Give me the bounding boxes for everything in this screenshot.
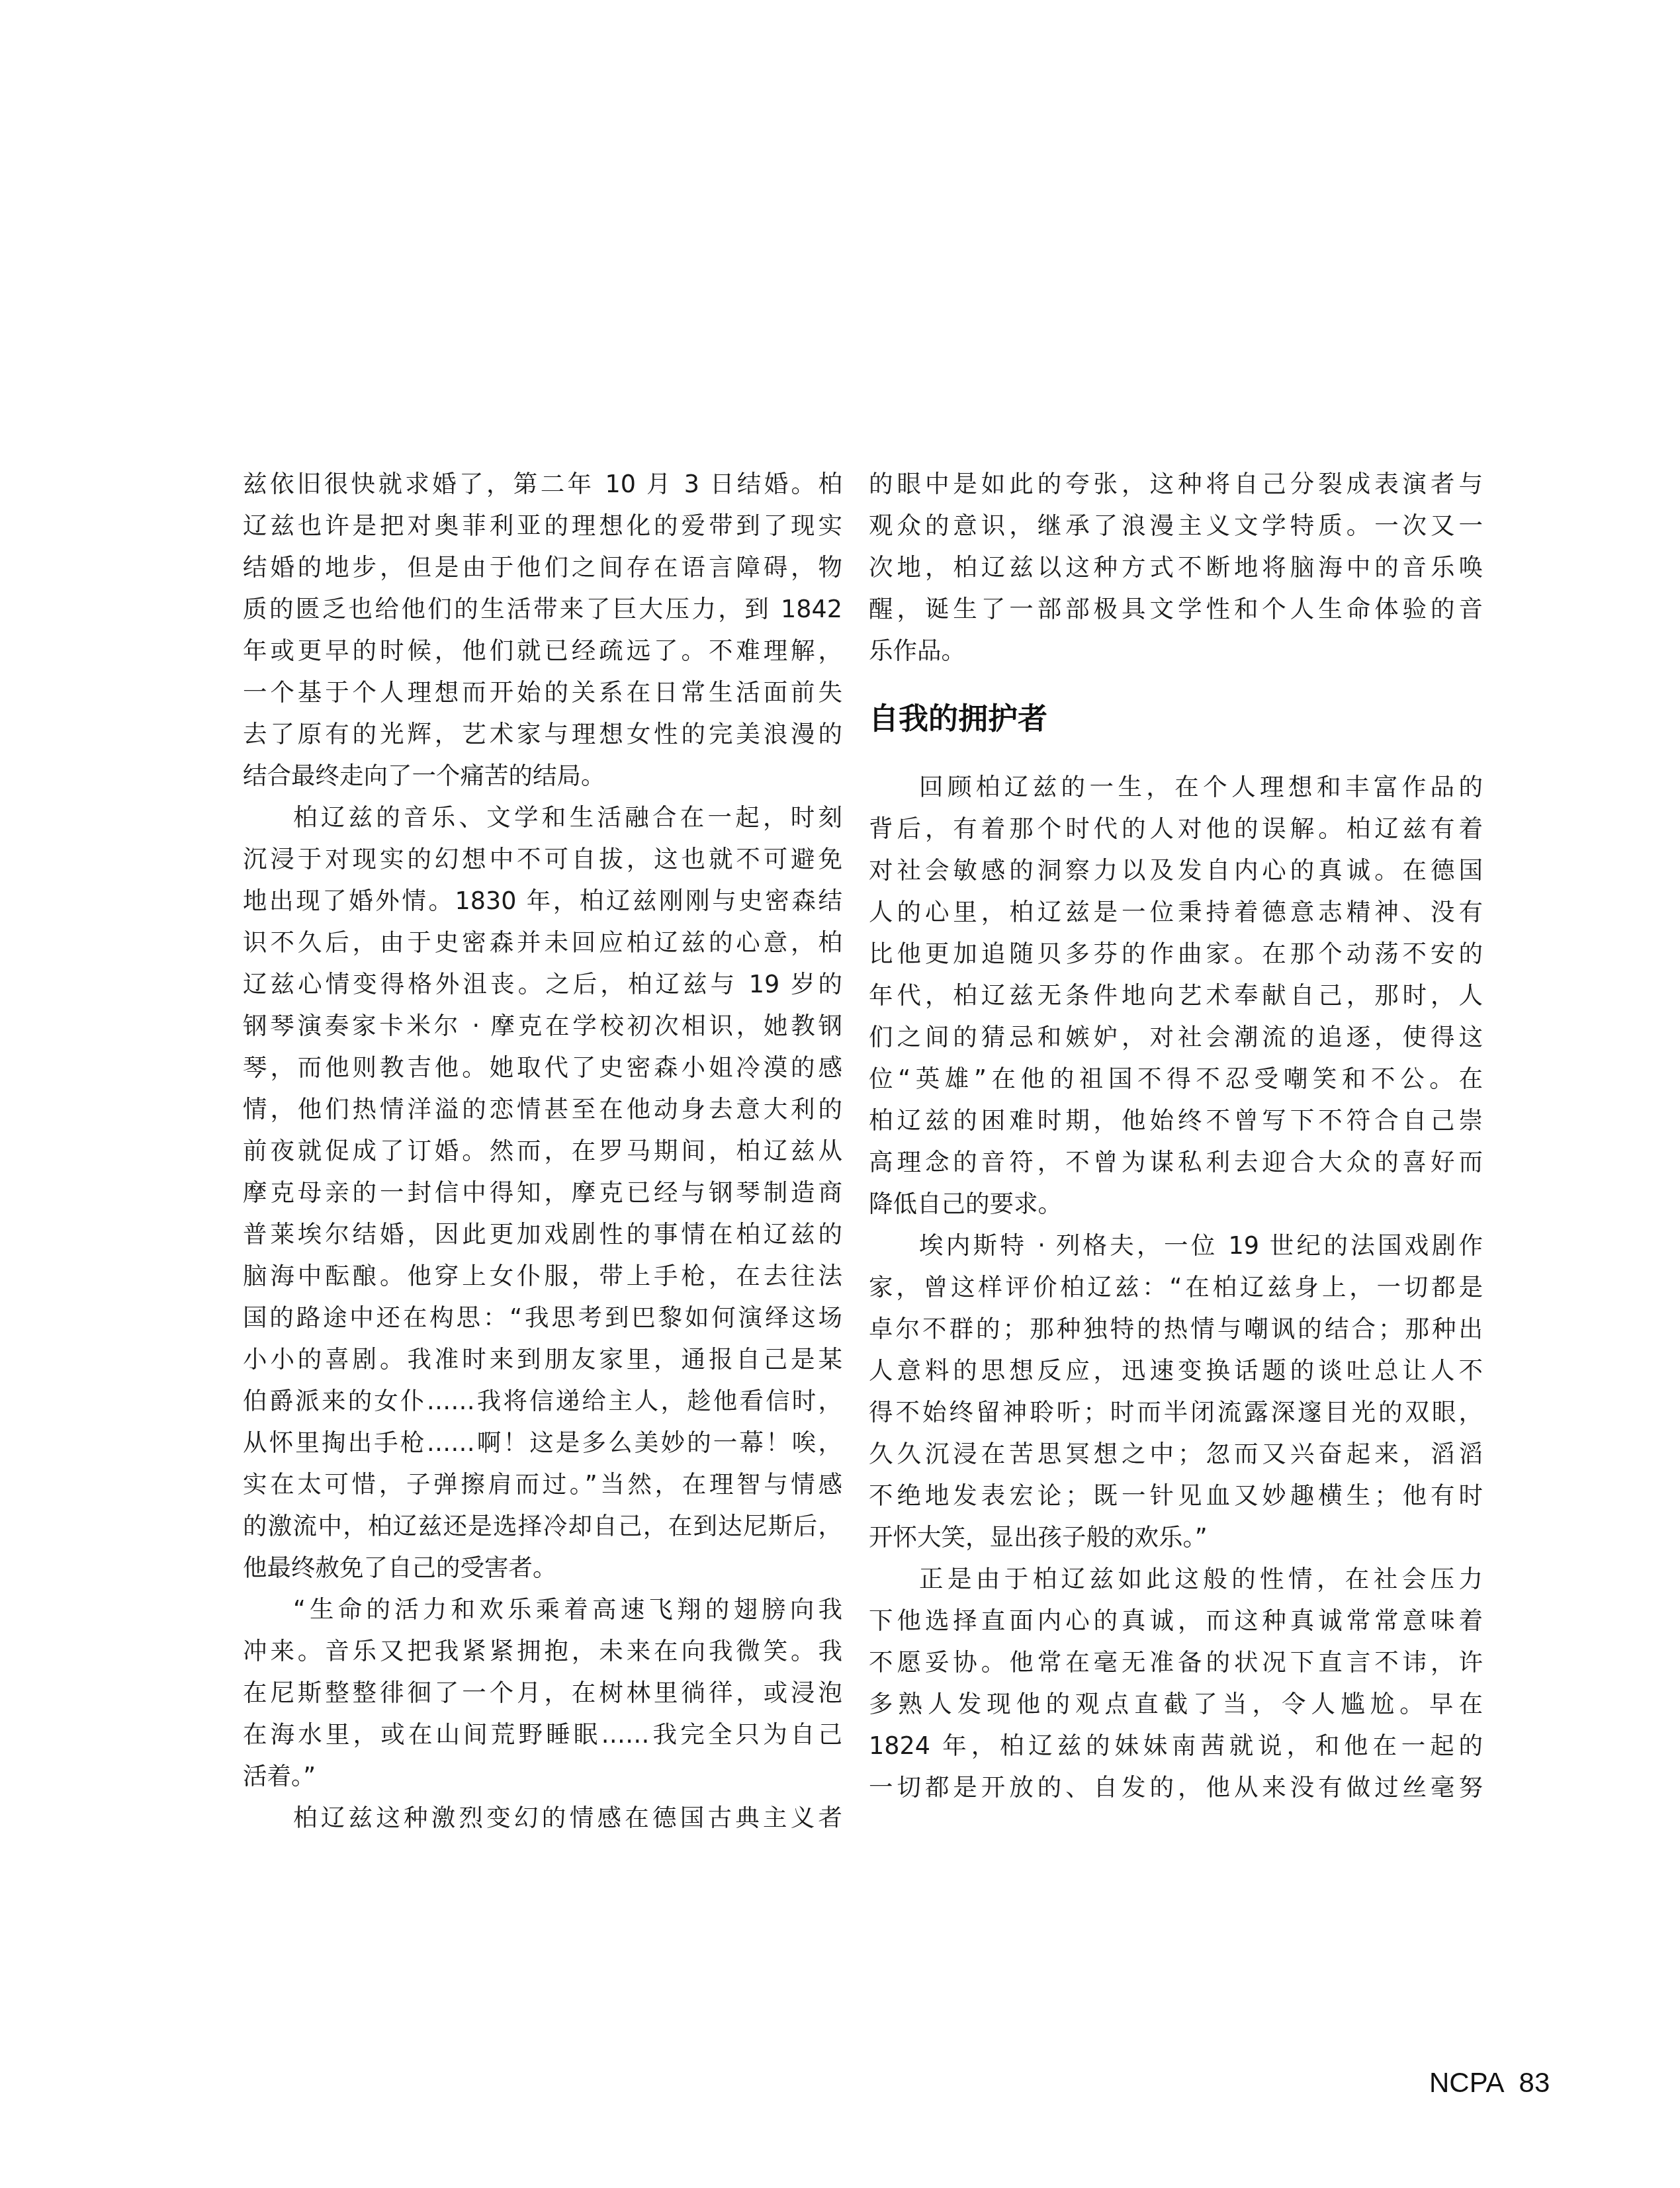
body-text-line: 沉浸于对现实的幻想中不可自拔，这也就不可避免 <box>243 838 842 880</box>
body-text-line: 卓尔不群的；那种独特的热情与嘲讽的结合；那种出 <box>869 1308 1483 1350</box>
body-text-line: 下他选择直面内心的真诚，而这种真诚常常意味着 <box>869 1600 1483 1641</box>
body-text-line: 小小的喜剧。我准时来到朋友家里，通报自己是某 <box>243 1338 842 1380</box>
body-text-line: 们之间的猜忌和嫉妒，对社会潮流的追逐，使得这 <box>869 1016 1483 1058</box>
page-footer: NCPA83 <box>1429 2067 1550 2099</box>
body-text-line: 人意料的思想反应，迅速变换话题的谈吐总让人不 <box>869 1350 1483 1391</box>
section-heading: 自我的拥护者 <box>869 698 1483 740</box>
paragraph-first-line: 回顾柏辽兹的一生，在个人理想和丰富作品的 <box>869 766 1483 808</box>
quote-text-line: 冲来。音乐又把我紧紧拥抱，未来在向我微笑。我 <box>243 1630 842 1672</box>
paragraph-first-line: 正是由于柏辽兹如此这般的性情，在社会压力 <box>869 1558 1483 1600</box>
body-text-line: 年代，柏辽兹无条件地向艺术奉献自己，那时，人 <box>869 975 1483 1016</box>
body-text-line: 琴，而他则教吉他。她取代了史密森小姐冷漠的感 <box>243 1047 842 1088</box>
body-text-line: 家，曾这样评价柏辽兹：“在柏辽兹身上，一切都是 <box>869 1266 1483 1308</box>
body-text-line: 比他更加追随贝多芬的作曲家。在那个动荡不安的 <box>869 933 1483 975</box>
body-text-line: 位“英雄”在他的祖国不得不忍受嘲笑和不公。在 <box>869 1058 1483 1100</box>
body-text-line: 伯爵派来的女仆……我将信递给主人，趁他看信时， <box>243 1380 842 1422</box>
quote-text-line: 在尼斯整整徘徊了一个月，在树林里徜徉，或浸泡 <box>243 1672 842 1714</box>
publication-name: NCPA <box>1429 2067 1505 2098</box>
body-text-line: 一切都是开放的、自发的，他从来没有做过丝毫努 <box>869 1767 1483 1808</box>
body-text-line: 高理念的音符，不曾为谋私利去迎合大众的喜好而 <box>869 1141 1483 1183</box>
body-text-line: 兹依旧很快就求婚了，第二年 10 月 3 日结婚。柏 <box>243 463 842 505</box>
body-text-line: 对社会敏感的洞察力以及发自内心的真诚。在德国 <box>869 850 1483 891</box>
body-text-line: 辽兹也许是把对奥菲利亚的理想化的爱带到了现实 <box>243 505 842 547</box>
body-text-line: 降低自己的要求。 <box>869 1183 1483 1225</box>
body-text-line: 不绝地发表宏论；既一针见血又妙趣横生；他有时 <box>869 1475 1483 1516</box>
body-text-line: 结婚的地步，但是由于他们之间存在语言障碍，物 <box>243 547 842 588</box>
body-text-line: 结合最终走向了一个痛苦的结局。 <box>243 755 842 797</box>
body-text-line: 脑海中酝酿。他穿上女仆服，带上手枪，在去往法 <box>243 1255 842 1297</box>
body-text-line: 观众的意识，继承了浪漫主义文学特质。一次又一 <box>869 505 1483 547</box>
spacer <box>869 672 1483 698</box>
body-text-line: 背后，有着那个时代的人对他的误解。柏辽兹有着 <box>869 808 1483 850</box>
paragraph-first-line: 埃内斯特 · 列格夫，一位 19 世纪的法国戏剧作 <box>869 1225 1483 1266</box>
body-text-line: 不愿妥协。他常在毫无准备的状况下直言不讳，许 <box>869 1641 1483 1683</box>
body-text-line: 醒，诞生了一部部极具文学性和个人生命体验的音 <box>869 588 1483 630</box>
body-text-line: 一个基于个人理想而开始的关系在日常生活面前失 <box>243 672 842 713</box>
quote-text-line: 在海水里，或在山间荒野睡眠……我完全只为自己 <box>243 1714 842 1755</box>
body-text-line: 质的匮乏也给他们的生活带来了巨大压力，到 1842 <box>243 588 842 630</box>
body-text-line: 地出现了婚外情。1830 年，柏辽兹刚刚与史密森结 <box>243 880 842 922</box>
body-text-line: 情，他们热情洋溢的恋情甚至在他动身去意大利的 <box>243 1088 842 1130</box>
body-text-line: 普莱埃尔结婚，因此更加戏剧性的事情在柏辽兹的 <box>243 1213 842 1255</box>
body-text-line: 开怀大笑，显出孩子般的欢乐。” <box>869 1516 1483 1558</box>
paragraph-first-line: 柏辽兹的音乐、文学和生活融合在一起，时刻 <box>243 797 842 838</box>
body-text-line: 次地，柏辽兹以这种方式不断地将脑海中的音乐唤 <box>869 547 1483 588</box>
body-text-line: 的激流中，柏辽兹还是选择冷却自己，在到达尼斯后， <box>243 1505 842 1547</box>
page-number: 83 <box>1519 2067 1550 2098</box>
body-text-line: 前夜就促成了订婚。然而，在罗马期间，柏辽兹从 <box>243 1130 842 1172</box>
body-text-line: 国的路途中还在构思：“我思考到巴黎如何演绎这场 <box>243 1297 842 1338</box>
body-text-line: 人的心里，柏辽兹是一位秉持着德意志精神、没有 <box>869 891 1483 933</box>
body-text-line: 多熟人发现他的观点直截了当，令人尴尬。早在 <box>869 1683 1483 1725</box>
left-text-column: 兹依旧很快就求婚了，第二年 10 月 3 日结婚。柏 辽兹也许是把对奥菲利亚的理… <box>243 463 842 1839</box>
body-text-line: 实在太可惜，子弹擦肩而过。”当然，在理智与情感 <box>243 1464 842 1505</box>
body-text-line: 他最终赦免了自己的受害者。 <box>243 1547 842 1589</box>
body-text-line: 乐作品。 <box>869 630 1483 672</box>
body-text-line: 得不始终留神聆听；时而半闭流露深邃目光的双眼， <box>869 1391 1483 1433</box>
paragraph-first-line: 柏辽兹这种激烈变幻的情感在德国古典主义者 <box>243 1797 842 1839</box>
right-text-column: 的眼中是如此的夸张，这种将自己分裂成表演者与 观众的意识，继承了浪漫主义文学特质… <box>869 463 1483 1808</box>
body-text-line: 识不久后，由于史密森并未回应柏辽兹的心意，柏 <box>243 922 842 963</box>
body-text-line: 年或更早的时候，他们就已经疏远了。不难理解， <box>243 630 842 672</box>
spacer <box>869 740 1483 766</box>
body-text-line: 久久沉浸在苦思冥想之中；忽而又兴奋起来，滔滔 <box>869 1433 1483 1475</box>
body-text-line: 柏辽兹的困难时期，他始终不曾写下不符合自己崇 <box>869 1100 1483 1141</box>
body-text-line: 从怀里掏出手枪……啊！这是多么美妙的一幕！唉， <box>243 1422 842 1464</box>
body-text-line: 的眼中是如此的夸张，这种将自己分裂成表演者与 <box>869 463 1483 505</box>
body-text-line: 辽兹心情变得格外沮丧。之后，柏辽兹与 19 岁的 <box>243 963 842 1005</box>
body-text-line: 1824 年，柏辽兹的妹妹南茜就说，和他在一起的 <box>869 1725 1483 1767</box>
body-text-line: 钢琴演奏家卡米尔 · 摩克在学校初次相识，她教钢 <box>243 1005 842 1047</box>
quote-text-line: 活着。” <box>243 1755 842 1797</box>
body-text-line: 摩克母亲的一封信中得知，摩克已经与钢琴制造商 <box>243 1172 842 1213</box>
body-text-line: 去了原有的光辉，艺术家与理想女性的完美浪漫的 <box>243 713 842 755</box>
quote-first-line: “生命的活力和欢乐乘着高速飞翔的翅膀向我 <box>243 1589 842 1630</box>
